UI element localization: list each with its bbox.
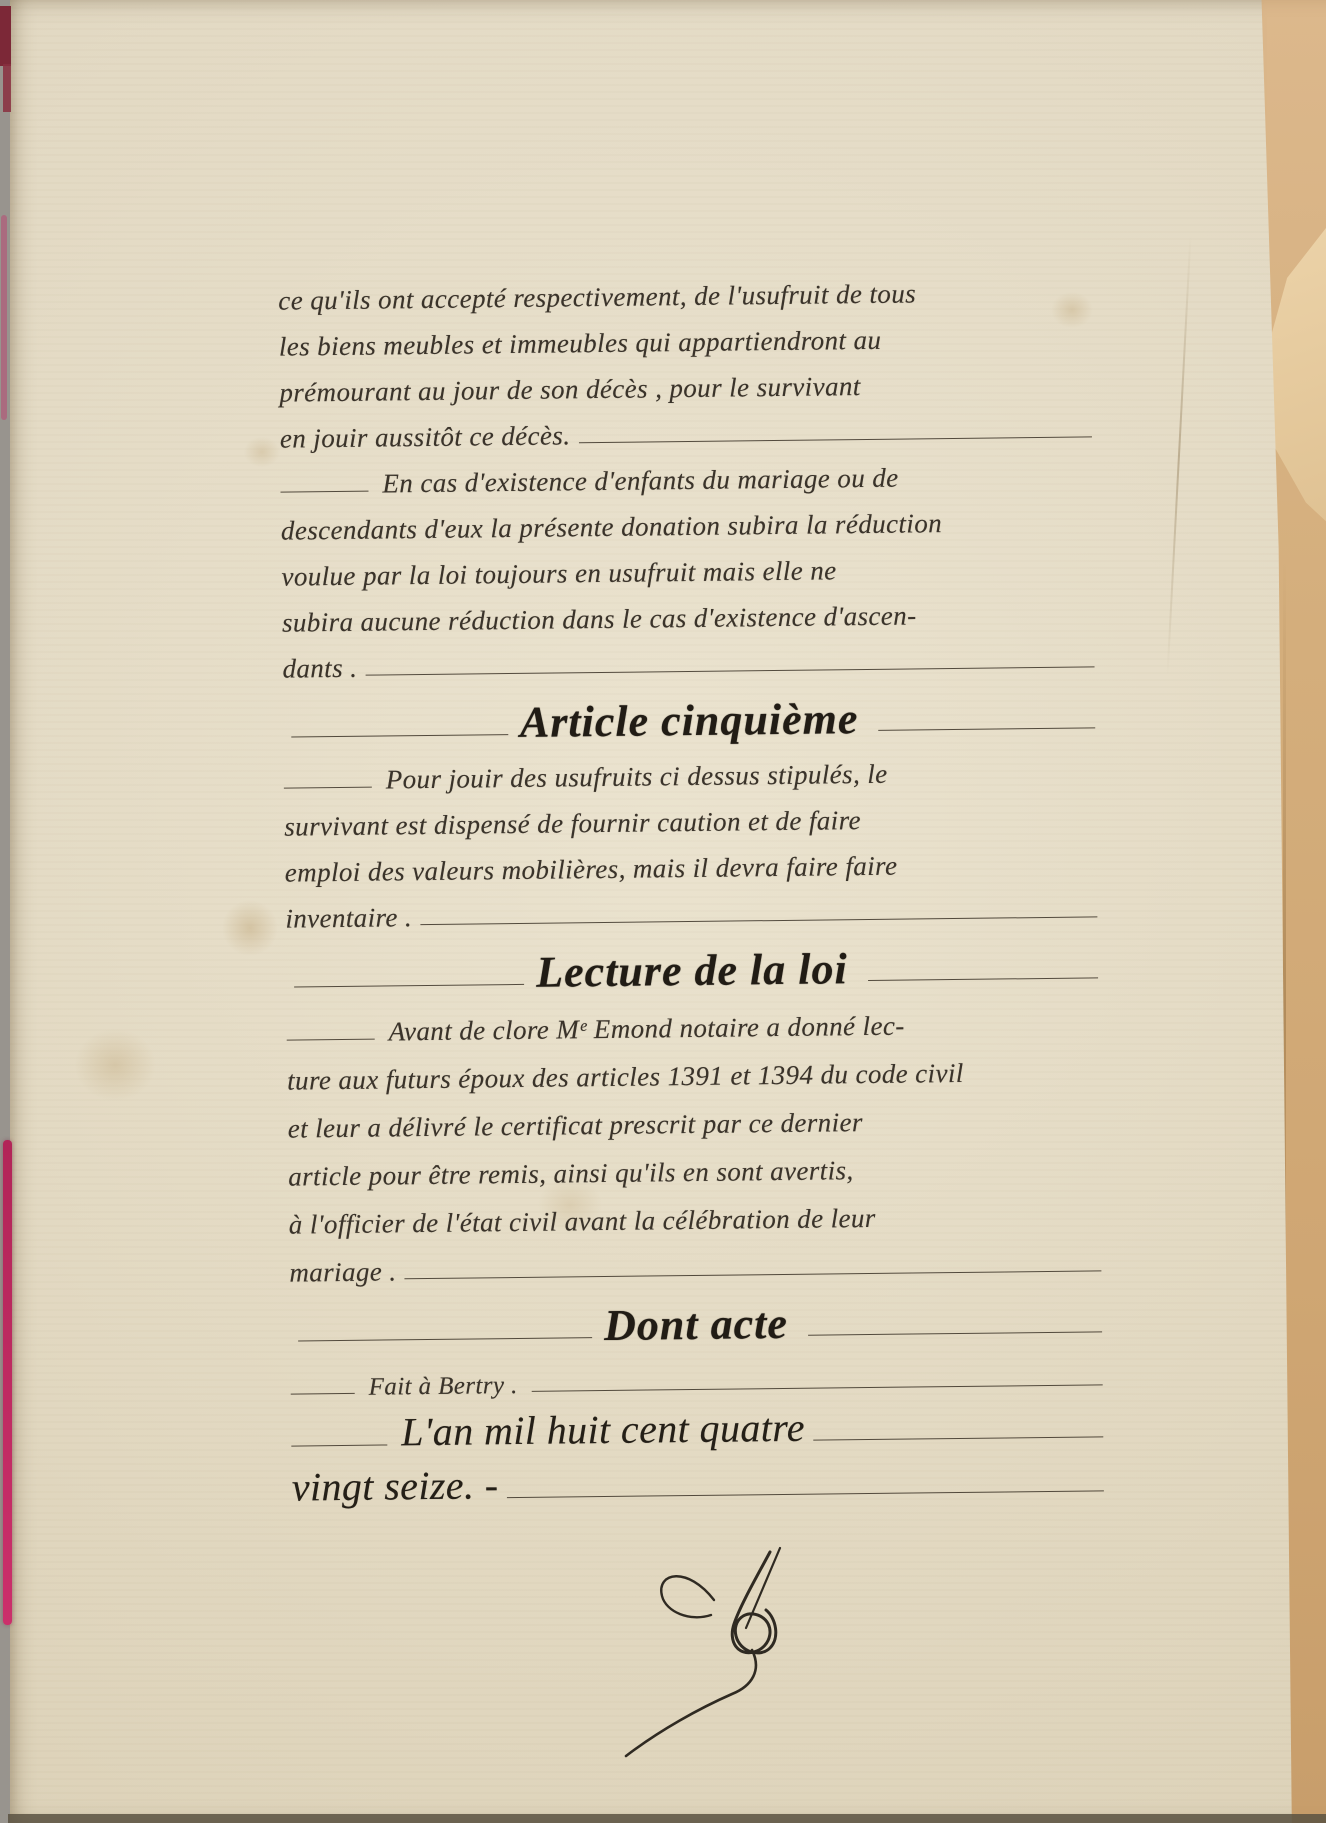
line-text: en jouir aussitôt ce décès. xyxy=(280,420,571,454)
signature-flourish-icon xyxy=(618,1542,868,1770)
scanned-notarial-document-page: { "palette": { "scanner_edge": "#98948e"… xyxy=(0,0,1326,1823)
line-text: Fait à Bertry . xyxy=(369,1372,518,1402)
line-text: inventaire . xyxy=(285,902,412,934)
heading-text: Lecture de la loi xyxy=(536,943,848,998)
manuscript-line: vingt seize. - xyxy=(291,1447,1104,1510)
line-text: Avant de clore Mᵉ Emond notaire a donné … xyxy=(388,1011,904,1048)
binding-ribbon-lower xyxy=(3,1140,12,1625)
line-text: prémourant au jour de son décès , pour l… xyxy=(279,371,861,409)
ruled-filler-line xyxy=(298,1337,592,1341)
section-heading-dont-acte: Dont acte xyxy=(290,1279,1103,1354)
binding-cover-fragment xyxy=(0,6,11,66)
line-text: vingt seize. - xyxy=(292,1461,499,1510)
line-text: dants . xyxy=(282,653,357,685)
line-text: Pour jouir des usufruits ci dessus stipu… xyxy=(386,759,888,796)
ruled-lead-line xyxy=(287,1039,375,1041)
line-text: En cas d'existence d'enfants du mariage … xyxy=(382,463,899,500)
line-text: voulue par la loi toujours en usufruit m… xyxy=(281,555,836,592)
ruled-filler-line xyxy=(294,984,524,988)
ruled-filler-line xyxy=(868,977,1098,981)
manuscript-text-block: ce qu'ils ont accepté respectivement, de… xyxy=(278,261,1104,1510)
line-text: article pour être remis, ainsi qu'ils en… xyxy=(288,1155,854,1192)
ruled-lead-line xyxy=(291,1444,387,1446)
manuscript-line: L'an mil huit cent quatre xyxy=(291,1393,1104,1456)
ruled-filler-line xyxy=(808,1331,1102,1335)
section-heading-lecture-de-la-loi: Lecture de la loi xyxy=(286,925,1099,1000)
ruled-filler-line xyxy=(405,1270,1102,1279)
heading-text: Dont acte xyxy=(604,1298,788,1351)
ruled-filler-line xyxy=(507,1490,1104,1498)
heading-text: Article cinquième xyxy=(520,693,859,748)
line-text: et leur a délivré le certificat prescrit… xyxy=(288,1107,863,1145)
line-text: survivant est dispensé de fournir cautio… xyxy=(284,805,861,843)
ruled-filler-line xyxy=(813,1436,1103,1440)
ruled-filler-line xyxy=(420,916,1097,925)
ruled-lead-line xyxy=(291,1393,355,1395)
ruled-filler-line xyxy=(578,436,1091,443)
page-bottom-edge-shadow xyxy=(8,1814,1326,1823)
ruled-filler-line xyxy=(532,1384,1103,1391)
line-text: mariage . xyxy=(289,1256,396,1288)
ruled-filler-line xyxy=(291,734,508,737)
ruled-lead-line xyxy=(284,787,372,789)
line-text: à l'officier de l'état civil avant la cé… xyxy=(289,1203,876,1241)
binding-ribbon-upper xyxy=(1,215,7,420)
ruled-filler-line xyxy=(365,666,1094,675)
binding-cover-fragment xyxy=(3,64,11,112)
line-text: L'an mil huit cent quatre xyxy=(401,1404,805,1456)
ruled-lead-line xyxy=(280,491,368,493)
section-heading-article-cinquieme: Article cinquième xyxy=(283,675,1096,750)
ruled-filler-line xyxy=(878,727,1095,730)
